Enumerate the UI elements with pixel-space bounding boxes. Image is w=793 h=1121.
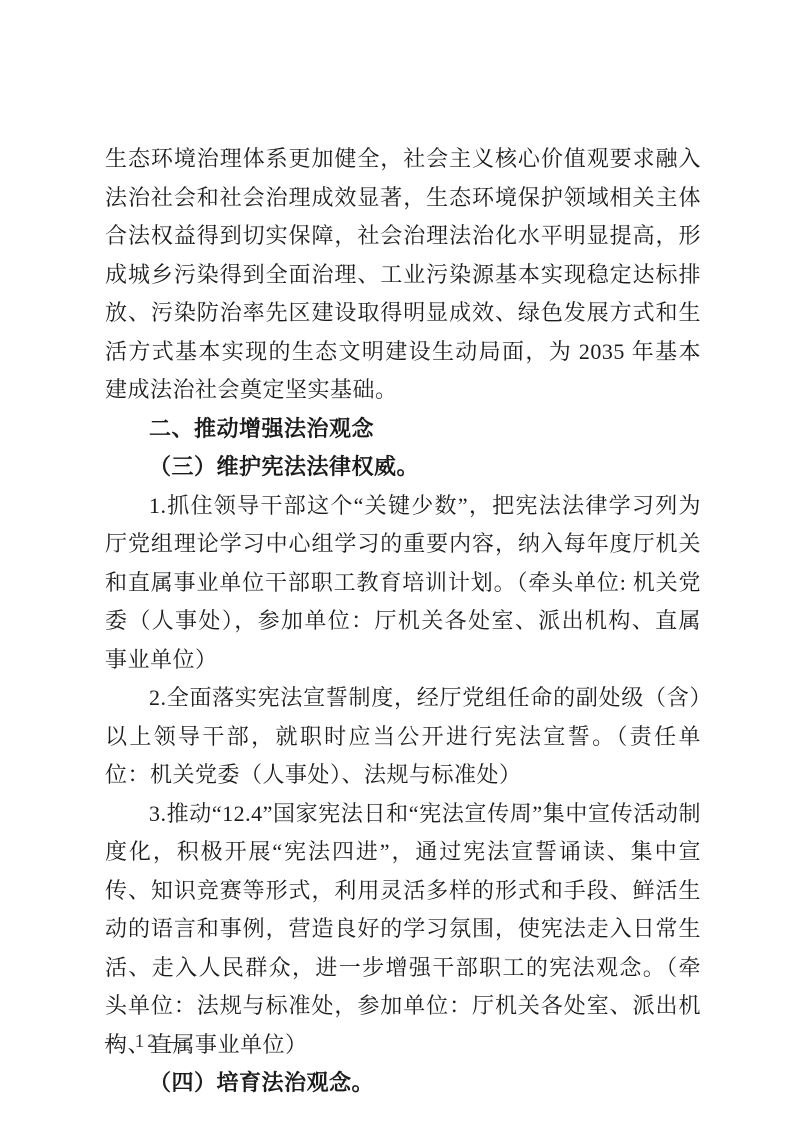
document-page: 生态环境治理体系更加健全，社会主义核心价值观要求融入法治社会和社会治理成效显著，… [0, 0, 793, 1121]
section-heading-2: 二、推动增强法治观念 [105, 410, 701, 449]
list-item-2: 2.全面落实宪法宣誓制度，经厅党组任命的副处级（含）以上领导干部，就职时应当公开… [105, 679, 701, 795]
paragraph-continuation: 生态环境治理体系更加健全，社会主义核心价值观要求融入法治社会和社会治理成效显著，… [105, 140, 701, 410]
list-item-3: 3.推动“12.4”国家宪法日和“宪法宣传周”集中宣传活动制度化，积极开展“宪法… [105, 795, 701, 1065]
page-number: — 12 — [105, 1031, 190, 1053]
list-item-1: 1.抓住领导干部这个“关键少数”，把宪法法律学习列为厅党组理论学习中心组学习的重… [105, 487, 701, 680]
sub-heading-3: （三）维护宪法法律权威。 [105, 448, 701, 487]
sub-heading-4: （四）培育法治观念。 [105, 1064, 701, 1103]
document-body: 生态环境治理体系更加健全，社会主义核心价值观要求融入法治社会和社会治理成效显著，… [105, 140, 701, 1103]
